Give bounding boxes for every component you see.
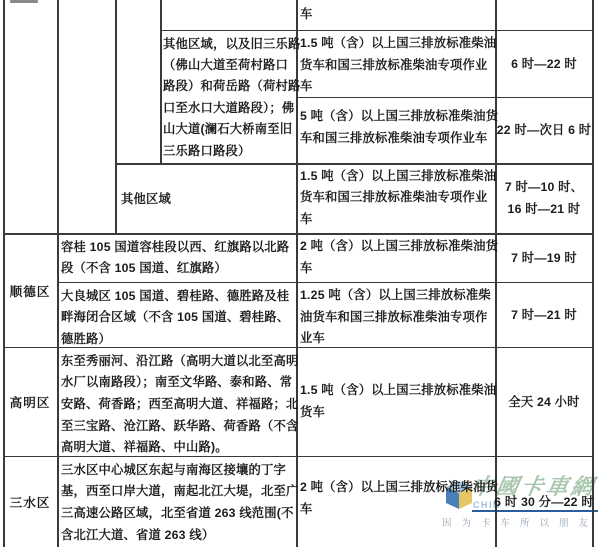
district-label-sanshui: 三水区: [3, 456, 57, 547]
shunde-r1-time-text: 7 时—19 时: [511, 247, 577, 269]
cell-shunde-r1-vehicle: 2 吨（含）以上国三排放标准柴油货 车: [300, 236, 492, 279]
cell-other-area: 其他区域: [115, 163, 296, 233]
cell-gaoming-time: 全天 24 小时: [495, 347, 593, 456]
cell-area-roads: 其他区域，以及旧三乐路 （佛山大道至荷村路口 路段）和荷岳路（荷村路 口至水口大…: [163, 34, 295, 162]
shunde-r2-time-text: 7 时—21 时: [511, 304, 577, 326]
cell-shunde-r1-roads: 容桂 105 国道容桂段以西、红旗路以北路 段（不含 105 国道、红旗路）: [61, 237, 294, 280]
cell-carryover-vehicle: 车: [300, 4, 490, 26]
district-label-gaoming: 高明区: [3, 347, 57, 456]
grid-line-v-c: [160, 0, 162, 165]
cell-vehicle-c: 1.5 吨（含）以上国三排放标准柴油 货车和国三排放标准柴油专项作业 车: [300, 166, 492, 231]
cell-sanshui-time: 6 时 30 分—22 时: [495, 456, 593, 547]
time-a-text: 6 时—22 时: [511, 53, 577, 75]
cell-sanshui-roads: 三水区中心城区东起与南海区接壤的丁字 基，西至口岸大道，南起北江大堤，北至广 三…: [61, 460, 295, 547]
grid-line-v-a: [57, 0, 59, 547]
gaoming-time-text: 全天 24 小时: [508, 391, 579, 413]
cell-shunde-r2-roads: 大良城区 105 国道、碧桂路、德胜路及桂 畔海闭合区域（不含 105 国道、碧…: [61, 286, 294, 351]
cell-vehicle-b: 5 吨（含）以上国三排放标准柴油货 车和国三排放标准柴油专项作业车: [300, 106, 492, 149]
sanshui-time-text: 6 时 30 分—22 时: [494, 491, 594, 513]
cell-shunde-r2-time: 7 时—21 时: [495, 282, 593, 347]
cell-gaoming-vehicle: 1.5 吨（含）以上国三排放标准柴油 货车: [300, 380, 492, 423]
cell-time-a: 6 时—22 时: [495, 30, 593, 97]
cell-shunde-r1-time: 7 时—19 时: [495, 233, 593, 282]
cell-shunde-r2-vehicle: 1.25 吨（含）以上国三排放标准柴 油货车和国三排放标准柴油专项作 业车: [300, 285, 492, 350]
cell-gaoming-roads: 东至秀丽河、沿江路（高明大道以北至高明 水厂以南路段）；南至文华路、泰和路、常 …: [61, 351, 295, 460]
screenshot-root: 中國卡車網 CHIN 因为卡车所以朋友 车 其他区域，以及旧三乐路 （佛山大道至…: [0, 0, 600, 547]
restriction-table: 车 其他区域，以及旧三乐路 （佛山大道至荷村路口 路段）和荷岳路（荷村路 口至水…: [0, 0, 600, 547]
cell-time-b: 22 时—次日 6 时: [495, 97, 593, 163]
time-c-text: 7 时—10 时、 16 时—21 时: [505, 176, 583, 220]
other-area-label: 其他区域: [121, 189, 171, 207]
district-label-shunde: 顺德区: [3, 233, 57, 347]
cell-time-c: 7 时—10 时、 16 时—21 时: [495, 163, 593, 233]
time-b-text: 22 时—次日 6 时: [497, 119, 591, 141]
cutoff-artifact: [10, 0, 38, 3]
cell-vehicle-a: 1.5 吨（含）以上国三排放标准柴油 货车和国三排放标准柴油专项作业 车: [300, 33, 492, 98]
cell-sanshui-vehicle: 2 吨（含）以上国三排放标准柴油货 车: [300, 477, 492, 520]
